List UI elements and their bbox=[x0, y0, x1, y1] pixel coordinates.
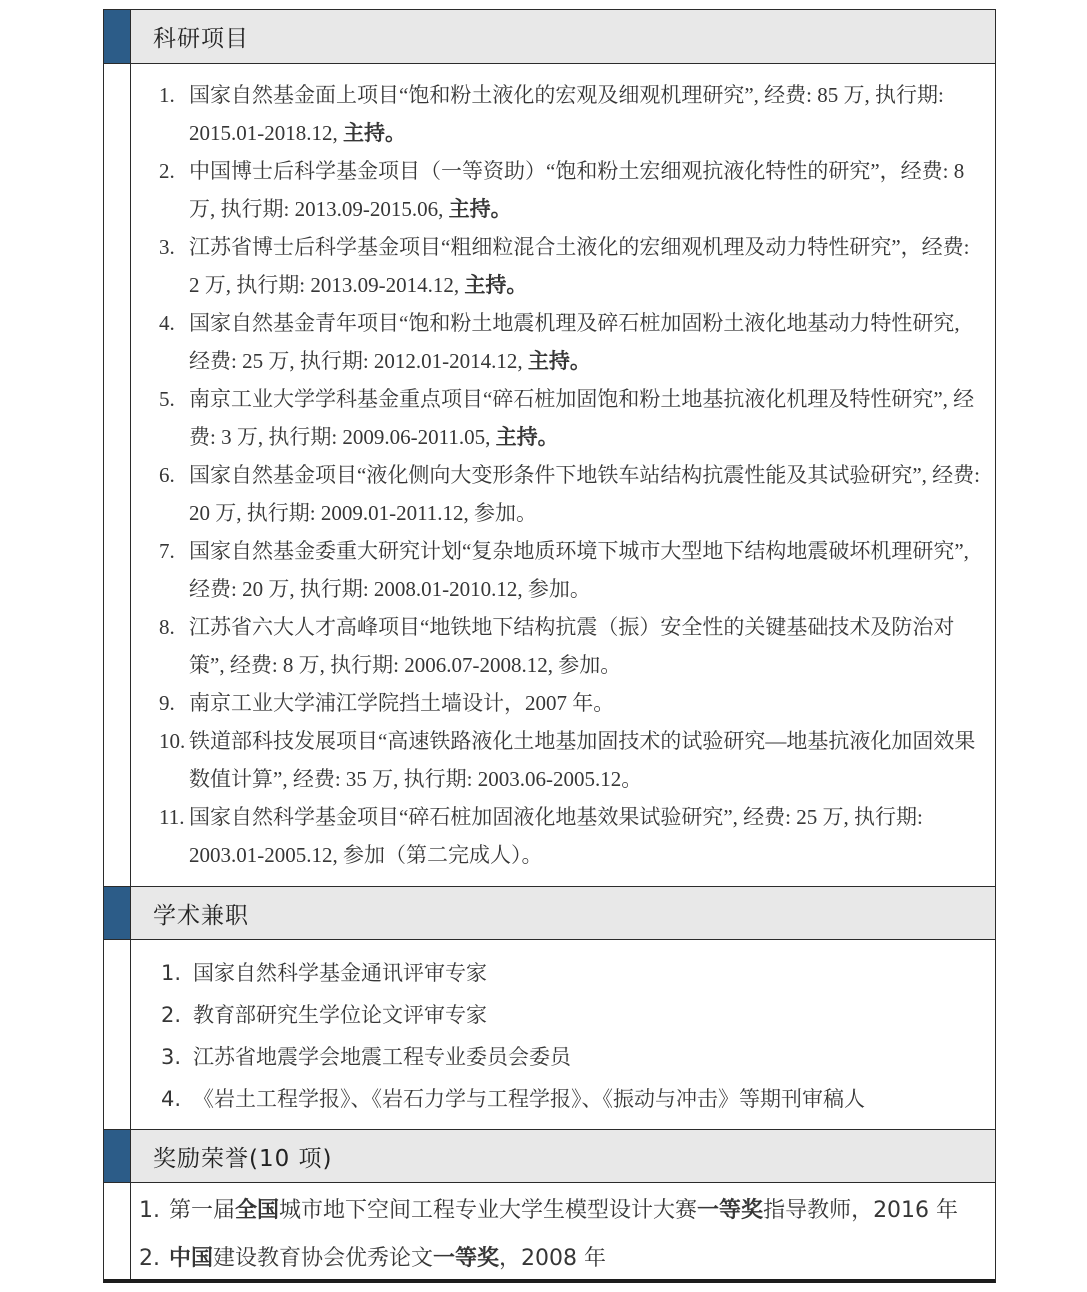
item-number: 9. bbox=[159, 684, 189, 722]
item-text: 主持。 bbox=[496, 425, 559, 449]
list-item: 4.《岩土工程学报》、《岩石力学与工程学报》、《振动与冲击》等期刊审稿人 bbox=[147, 1078, 981, 1120]
list-item: 9.南京工业大学浦江学院挡土墙设计，2007 年。 bbox=[145, 684, 981, 722]
item-text: 南京工业大学学科基金重点项目“碎石桩加固饱和粉土地基抗液化机理及特性研究”, 经… bbox=[189, 387, 974, 449]
list-item: 4.国家自然基金青年项目“饱和粉土地震机理及碎石桩加固粉土液化地基动力特性研究,… bbox=[145, 304, 981, 380]
section-header-row-research-projects: 科研项目 bbox=[104, 10, 995, 63]
list-item: 11.国家自然科学基金项目“碎石桩加固液化地基效果试验研究”, 经费: 25 万… bbox=[145, 798, 981, 874]
list-item: 6.国家自然基金项目“液化侧向大变形条件下地铁车站结构抗震性能及其试验研究”, … bbox=[145, 456, 981, 532]
row-gutter bbox=[104, 940, 131, 1129]
section-body-row-awards: 1.第一届全国城市地下空间工程专业大学生模型设计大赛一等奖指导教师，2016 年… bbox=[104, 1182, 995, 1279]
item-number: 11. bbox=[159, 798, 189, 836]
item-text: 国家自然基金项目“液化侧向大变形条件下地铁车站结构抗震性能及其试验研究”, 经费… bbox=[189, 463, 980, 525]
section-title-research-projects: 科研项目 bbox=[131, 10, 995, 63]
item-text: 江苏省博士后科学基金项目“粗细粒混合土液化的宏细观机理及动力特性研究”，经费: … bbox=[189, 235, 969, 297]
item-text: 指导教师，2016 年 bbox=[763, 1198, 958, 1223]
list-item: 2.中国建设教育协会优秀论文一等奖，2008 年 bbox=[135, 1235, 983, 1279]
item-text: 中国博士后科学基金项目（一等资助）“饱和粉土宏细观抗液化特性的研究”，经费: 8… bbox=[189, 159, 964, 221]
list-item: 8.江苏省六大人才高峰项目“地铁地下结构抗震（振）安全性的关键基础技术及防治对策… bbox=[145, 608, 981, 684]
item-number: 2. bbox=[161, 994, 193, 1036]
item-number: 1. bbox=[139, 1187, 169, 1235]
document-page: 科研项目1.国家自然基金面上项目“饱和粉土液化的宏观及细观机理研究”, 经费: … bbox=[0, 0, 1087, 1292]
list-item: 7.国家自然基金委重大研究计划“复杂地质环境下城市大型地下结构地震破坏机理研究”… bbox=[145, 532, 981, 608]
item-text: 第一届 bbox=[169, 1198, 235, 1223]
section-content-academic-service: 1.国家自然科学基金通讯评审专家2.教育部研究生学位论文评审专家3.江苏省地震学… bbox=[131, 940, 995, 1129]
item-text: 主持。 bbox=[449, 197, 512, 221]
item-number: 5. bbox=[159, 380, 189, 418]
item-number: 1. bbox=[161, 952, 193, 994]
section-marker bbox=[104, 887, 131, 939]
list-item: 5.南京工业大学学科基金重点项目“碎石桩加固饱和粉土地基抗液化机理及特性研究”,… bbox=[145, 380, 981, 456]
item-number: 3. bbox=[159, 228, 189, 266]
item-text: 教育部研究生学位论文评审专家 bbox=[193, 1003, 487, 1027]
item-number: 8. bbox=[159, 608, 189, 646]
section-body-row-research-projects: 1.国家自然基金面上项目“饱和粉土液化的宏观及细观机理研究”, 经费: 85 万… bbox=[104, 63, 995, 886]
item-text: 城市地下空间工程专业大学生模型设计大赛 bbox=[279, 1198, 697, 1223]
section-marker bbox=[104, 10, 131, 63]
item-text: 国家自然科学基金项目“碎石桩加固液化地基效果试验研究”, 经费: 25 万, 执… bbox=[189, 805, 923, 867]
cv-table: 科研项目1.国家自然基金面上项目“饱和粉土液化的宏观及细观机理研究”, 经费: … bbox=[103, 9, 996, 1283]
section-body-row-academic-service: 1.国家自然科学基金通讯评审专家2.教育部研究生学位论文评审专家3.江苏省地震学… bbox=[104, 939, 995, 1129]
list-item: 1.国家自然科学基金通讯评审专家 bbox=[147, 952, 981, 994]
item-text: 一等奖 bbox=[433, 1246, 499, 1271]
item-number: 2. bbox=[139, 1235, 169, 1279]
list-item: 1.第一届全国城市地下空间工程专业大学生模型设计大赛一等奖指导教师，2016 年 bbox=[135, 1187, 983, 1235]
item-text: 国家自然基金委重大研究计划“复杂地质环境下城市大型地下结构地震破坏机理研究”, … bbox=[189, 539, 969, 601]
item-text: 国家自然基金面上项目“饱和粉土液化的宏观及细观机理研究”, 经费: 85 万, … bbox=[189, 83, 944, 145]
item-text: 南京工业大学浦江学院挡土墙设计，2007 年。 bbox=[189, 691, 614, 715]
item-number: 6. bbox=[159, 456, 189, 494]
item-text: 江苏省地震学会地震工程专业委员会委员 bbox=[193, 1045, 571, 1069]
item-text: 中国 bbox=[169, 1246, 213, 1271]
item-number: 1. bbox=[159, 76, 189, 114]
list-item: 1.国家自然基金面上项目“饱和粉土液化的宏观及细观机理研究”, 经费: 85 万… bbox=[145, 76, 981, 152]
item-text: 主持。 bbox=[464, 273, 527, 297]
list-item: 2.教育部研究生学位论文评审专家 bbox=[147, 994, 981, 1036]
section-title-awards: 奖励荣誉(10 项) bbox=[131, 1130, 995, 1182]
section-header-row-awards: 奖励荣誉(10 项) bbox=[104, 1129, 995, 1182]
item-number: 4. bbox=[161, 1078, 193, 1120]
item-text: 建设教育协会优秀论文 bbox=[213, 1246, 433, 1271]
item-text: 主持。 bbox=[343, 121, 406, 145]
section-marker bbox=[104, 1130, 131, 1182]
row-gutter bbox=[104, 64, 131, 886]
list-item: 2.中国博士后科学基金项目（一等资助）“饱和粉土宏细观抗液化特性的研究”，经费:… bbox=[145, 152, 981, 228]
list-item: 3.江苏省博士后科学基金项目“粗细粒混合土液化的宏细观机理及动力特性研究”，经费… bbox=[145, 228, 981, 304]
item-text: 国家自然科学基金通讯评审专家 bbox=[193, 961, 487, 985]
item-text: 主持。 bbox=[528, 349, 591, 373]
item-text: 《岩土工程学报》、《岩石力学与工程学报》、《振动与冲击》等期刊审稿人 bbox=[193, 1087, 865, 1111]
list-item: 10.铁道部科技发展项目“高速铁路液化土地基加固技术的试验研究—地基抗液化加固效… bbox=[145, 722, 981, 798]
list-item: 3.江苏省地震学会地震工程专业委员会委员 bbox=[147, 1036, 981, 1078]
item-number: 2. bbox=[159, 152, 189, 190]
section-content-awards: 1.第一届全国城市地下空间工程专业大学生模型设计大赛一等奖指导教师，2016 年… bbox=[131, 1183, 995, 1279]
row-gutter bbox=[104, 1183, 131, 1279]
item-text: ，2008 年 bbox=[499, 1246, 606, 1271]
item-number: 10. bbox=[159, 722, 189, 760]
item-number: 4. bbox=[159, 304, 189, 342]
item-number: 3. bbox=[161, 1036, 193, 1078]
item-text: 江苏省六大人才高峰项目“地铁地下结构抗震（振）安全性的关键基础技术及防治对策”,… bbox=[189, 615, 954, 677]
item-number: 7. bbox=[159, 532, 189, 570]
section-content-research-projects: 1.国家自然基金面上项目“饱和粉土液化的宏观及细观机理研究”, 经费: 85 万… bbox=[131, 64, 995, 886]
item-text: 全国 bbox=[235, 1198, 279, 1223]
item-text: 一等奖 bbox=[697, 1198, 763, 1223]
section-header-row-academic-service: 学术兼职 bbox=[104, 886, 995, 939]
section-title-academic-service: 学术兼职 bbox=[131, 887, 995, 939]
item-text: 铁道部科技发展项目“高速铁路液化土地基加固技术的试验研究—地基抗液化加固效果数值… bbox=[189, 729, 975, 791]
